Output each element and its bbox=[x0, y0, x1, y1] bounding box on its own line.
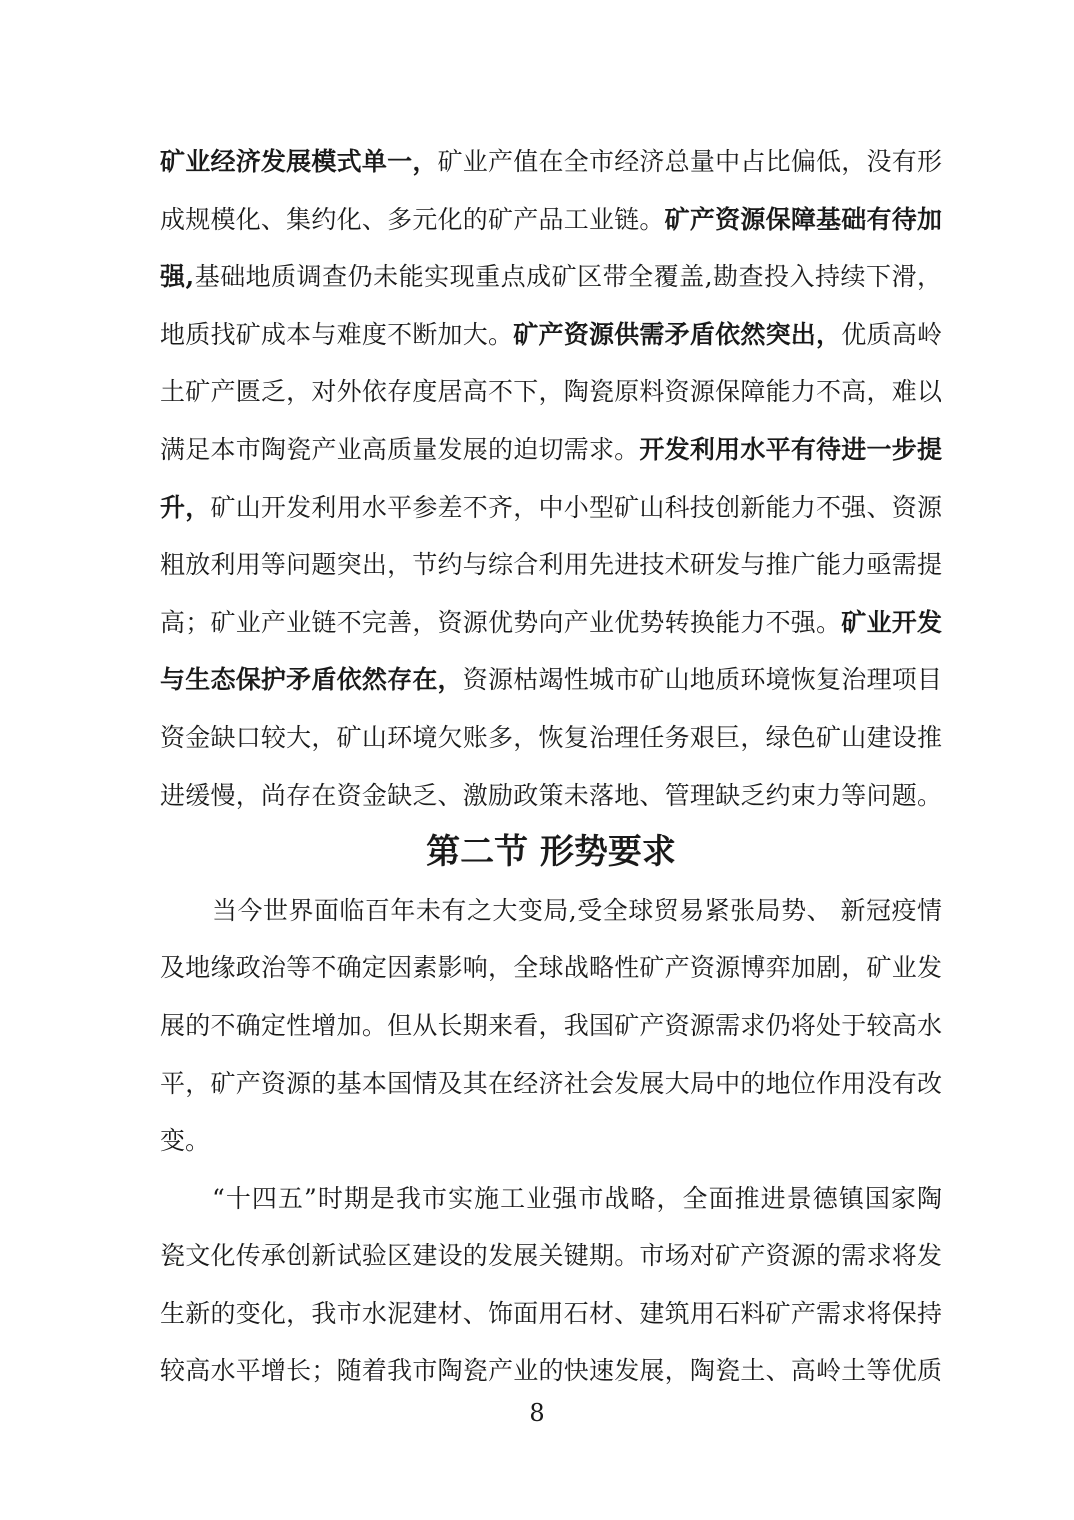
body-text: 满足本市陶瓷产业高质量发展的迫切需求。 bbox=[160, 435, 639, 464]
text-line: 与生态保护矛盾依然存在，资源枯竭性城市矿山地质环境恢复治理项目 bbox=[160, 651, 942, 709]
body-text: 资源枯竭性城市矿山地质环境恢复治理项目 bbox=[463, 665, 942, 694]
body-text: 变。 bbox=[160, 1126, 210, 1155]
text-line: 变。 bbox=[160, 1112, 942, 1170]
body-text: 成规模化、集约化、多元化的矿产品工业链。 bbox=[160, 205, 665, 234]
emphasis-text: 矿业开发 bbox=[841, 608, 942, 637]
text-line: 矿业经济发展模式单一，矿业产值在全市经济总量中占比偏低，没有形 bbox=[160, 133, 942, 191]
body-text: 生新的变化，我市水泥建材、饰面用石材、建筑用石料矿产需求将保持 bbox=[160, 1299, 942, 1328]
text-line: 升，矿山开发利用水平参差不齐，中小型矿山科技创新能力不强、资源 bbox=[160, 479, 942, 537]
text-line: 强,基础地质调查仍未能实现重点成矿区带全覆盖,勘查投入持续下滑， bbox=[160, 248, 942, 306]
text-line: 平，矿产资源的基本国情及其在经济社会发展大局中的地位作用没有改 bbox=[160, 1055, 942, 1113]
document-text-block: 矿业经济发展模式单一，矿业产值在全市经济总量中占比偏低，没有形成规模化、集约化、… bbox=[160, 133, 942, 1400]
body-text: 优质高岭 bbox=[841, 320, 942, 349]
body-text: 平，矿产资源的基本国情及其在经济社会发展大局中的地位作用没有改 bbox=[160, 1069, 942, 1098]
body-text: 矿业产值在全市经济总量中占比偏低，没有形 bbox=[438, 147, 942, 176]
text-line: “十四五”时期是我市实施工业强市战略，全面推进景德镇国家陶 bbox=[160, 1170, 942, 1228]
text-line: 瓷文化传承创新试验区建设的发展关键期。市场对矿产资源的需求将发 bbox=[160, 1227, 942, 1285]
emphasis-text: 开发利用水平有待进一步提 bbox=[639, 435, 942, 464]
text-line: 满足本市陶瓷产业高质量发展的迫切需求。开发利用水平有待进一步提 bbox=[160, 421, 942, 479]
body-text: “十四五”时期是我市实施工业强市战略，全面推进景德镇国家陶 bbox=[212, 1184, 942, 1213]
emphasis-text: 升， bbox=[160, 493, 210, 522]
page-footer: 8 bbox=[0, 1398, 1074, 1428]
document-page: 矿业经济发展模式单一，矿业产值在全市经济总量中占比偏低，没有形成规模化、集约化、… bbox=[0, 0, 1074, 1520]
text-line: 成规模化、集约化、多元化的矿产品工业链。矿产资源保障基础有待加 bbox=[160, 191, 942, 249]
text-line: 地质找矿成本与难度不断加大。矿产资源供需矛盾依然突出，优质高岭 bbox=[160, 306, 942, 364]
body-text: 地质找矿成本与难度不断加大。 bbox=[160, 320, 513, 349]
text-line: 及地缘政治等不确定因素影响，全球战略性矿产资源博弈加剧，矿业发 bbox=[160, 939, 942, 997]
body-text: 较高水平增长；随着我市陶瓷产业的快速发展，陶瓷土、高岭土等优质 bbox=[160, 1356, 942, 1385]
body-text: 瓷文化传承创新试验区建设的发展关键期。市场对矿产资源的需求将发 bbox=[160, 1241, 942, 1270]
body-text: 基础地质调查仍未能实现重点成矿区带全覆盖,勘查投入持续下滑， bbox=[194, 262, 942, 291]
text-line: 高；矿业产业链不完善，资源优势向产业优势转换能力不强。矿业开发 bbox=[160, 594, 942, 652]
emphasis-text: 强, bbox=[160, 262, 194, 291]
body-text: 资金缺口较大，矿山环境欠账多，恢复治理任务艰巨，绿色矿山建设推 bbox=[160, 723, 942, 752]
text-line: 粗放利用等问题突出，节约与综合利用先进技术研发与推广能力亟需提 bbox=[160, 536, 942, 594]
text-line: 资金缺口较大，矿山环境欠账多，恢复治理任务艰巨，绿色矿山建设推 bbox=[160, 709, 942, 767]
text-line: 进缓慢，尚存在资金缺乏、激励政策未落地、管理缺乏约束力等问题。 bbox=[160, 767, 942, 825]
body-text: 展的不确定性增加。但从长期来看，我国矿产资源需求仍将处于较高水 bbox=[160, 1011, 942, 1040]
body-text: 进缓慢，尚存在资金缺乏、激励政策未落地、管理缺乏约束力等问题。 bbox=[160, 781, 942, 810]
emphasis-text: 矿业经济发展模式单一， bbox=[160, 147, 438, 176]
text-line: 土矿产匮乏，对外依存度居高不下，陶瓷原料资源保障能力不高，难以 bbox=[160, 363, 942, 421]
text-line: 较高水平增长；随着我市陶瓷产业的快速发展，陶瓷土、高岭土等优质 bbox=[160, 1342, 942, 1400]
body-text: 矿山开发利用水平参差不齐，中小型矿山科技创新能力不强、资源 bbox=[210, 493, 942, 522]
body-text: 当今世界面临百年未有之大变局,受全球贸易紧张局势、 新冠疫情 bbox=[212, 896, 942, 925]
body-text: 高；矿业产业链不完善，资源优势向产业优势转换能力不强。 bbox=[160, 608, 841, 637]
body-text: 土矿产匮乏，对外依存度居高不下，陶瓷原料资源保障能力不高，难以 bbox=[160, 377, 942, 406]
emphasis-text: 矿产资源供需矛盾依然突出， bbox=[513, 320, 841, 349]
page-number: 8 bbox=[529, 1399, 544, 1427]
text-line: 当今世界面临百年未有之大变局,受全球贸易紧张局势、 新冠疫情 bbox=[160, 882, 942, 940]
section-heading: 第二节 形势要求 bbox=[160, 824, 942, 882]
text-line: 生新的变化，我市水泥建材、饰面用石材、建筑用石料矿产需求将保持 bbox=[160, 1285, 942, 1343]
emphasis-text: 与生态保护矛盾依然存在， bbox=[160, 665, 463, 694]
body-text: 及地缘政治等不确定因素影响，全球战略性矿产资源博弈加剧，矿业发 bbox=[160, 953, 942, 982]
body-text: 粗放利用等问题突出，节约与综合利用先进技术研发与推广能力亟需提 bbox=[160, 550, 942, 579]
emphasis-text: 矿产资源保障基础有待加 bbox=[665, 205, 942, 234]
text-line: 展的不确定性增加。但从长期来看，我国矿产资源需求仍将处于较高水 bbox=[160, 997, 942, 1055]
